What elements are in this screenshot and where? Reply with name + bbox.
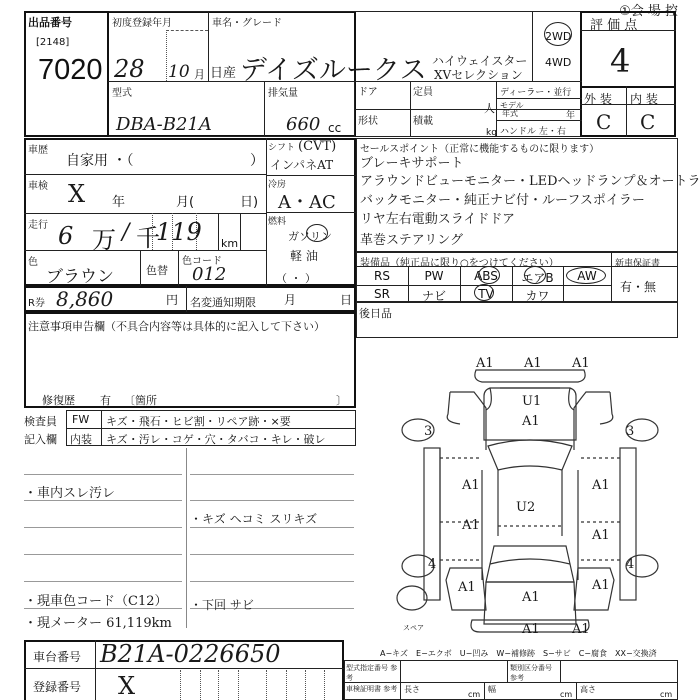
note-left-5: ・現メーター 61,119km [24,612,172,631]
inspector-interior-items: キズ・汚レ・コゲ・穴・タバコ・キレ・破レ [106,431,326,447]
inspector-interior-label: 内装 [70,431,92,447]
model-year-label-2: 年式 [502,108,518,119]
divider [305,670,306,700]
divider [200,670,201,700]
shaken-mark: X [68,180,85,208]
rule-line [190,554,354,555]
model-code-label: 型式 [112,84,132,99]
handle-label: ハンドル 左・右 [500,124,566,137]
grade-score-value: 4 [610,42,630,80]
equip-sr: SR [356,287,408,301]
fuel-diesel[interactable]: 軽 油 [290,247,318,264]
divider [496,120,582,121]
divider [101,410,102,446]
capacity-label: 定員 [413,83,433,98]
divider [180,670,181,700]
rule-line [24,474,182,475]
first-reg-month: 10 [168,62,190,82]
name-change-day: 日 [340,291,352,308]
divider [286,670,287,700]
rule-line [190,527,354,528]
divider [484,682,485,700]
divider [24,174,266,175]
divider [208,11,209,82]
height-unit: cm [660,690,672,699]
damage-legend: A−キズ E−エクボ U−凹み W−補修跡 S−サビ C−腐食 XX−交換済 [380,648,657,659]
shift-label: シフト [268,140,295,153]
divider [580,104,676,105]
divider [24,668,344,669]
divider [266,670,267,700]
shift-value-2: インパネAT [270,156,333,173]
lot-sub-number: [2148] [36,37,69,48]
divider [611,252,612,302]
mark-front-bumper-r: A1 [572,356,590,371]
mark-front-bumper-c: A1 [524,356,542,371]
equip-rs: RS [356,269,408,283]
note-right-4: ・下回 サビ [190,596,254,613]
repaint-label: 色替 [146,262,168,278]
chassis-label: 車台番号 [33,648,81,665]
mark-back-door: A1 [522,590,540,605]
history-close: ） [250,150,264,170]
mark-right-rear-quarter: A1 [592,578,610,593]
inspector-fw-items: キズ・飛石・ヒビ割・リペア跡・×要 [106,413,291,429]
equip-tv-circle [474,284,494,301]
mileage-digits: 119 [156,218,202,246]
color-code-value: 012 [192,264,226,285]
equip-aw-circle [566,267,606,284]
shape-label: 形状 [358,112,378,127]
dealer-label: ディーラー・並行 [500,85,571,98]
rule-line [190,474,354,475]
rule-line [190,581,354,582]
spare-tire [397,586,427,610]
later-items-box [356,302,678,338]
divider [108,81,582,82]
divider [218,670,219,700]
drive-4wd[interactable]: 4WD [545,56,571,69]
divider [178,250,179,286]
divider [324,670,325,700]
shaken-label: 車検 [28,177,48,192]
mark-left-rear-door: A1 [462,518,480,533]
repair-close: 〕 [336,392,347,408]
divider [576,682,577,700]
type-designation-label: 型式指定番号 参考 [346,663,400,683]
divider [218,213,219,250]
cert-label: 車検証明書 参考 [346,684,400,694]
first-reg-year: 28 [114,55,145,83]
color-label: 色 [28,253,38,268]
rule-line [24,527,182,528]
mark-rear-bumper-c: A1 [522,622,540,637]
door-label: ドア [358,83,378,98]
name-change-month: 月 [284,291,296,308]
inspector-label-2: 記入欄 [24,431,57,447]
note-right-2: ・キズ ヘコミ スリキズ [190,510,317,527]
sales-point-3: バックモニター・純正ナビ付・ルーフスポイラー [360,189,645,208]
fuel-selected-circle [306,224,328,242]
divider [532,11,533,82]
class-code-label: 類別区分番号 参考 [510,663,560,683]
divider [166,30,208,31]
mark-rear-right-tire: 4 [626,557,634,572]
divider [166,30,167,81]
car-maker: 日産 [210,62,236,81]
mark-left-front-door: A1 [462,478,480,493]
rule-line [24,554,182,555]
shift-value-1: (CVT) [298,139,336,154]
month-unit: 月 [194,66,205,82]
height-label: 高さ [580,684,596,695]
divider [152,213,153,250]
recycle-value: 8,860 [56,287,113,311]
mark-left-rear-quarter: A1 [458,580,476,595]
divider [496,81,497,137]
mileage-label: 走行 [28,216,48,231]
mark-right-rear-door: A1 [592,528,610,543]
color-value: ブラウン [46,262,114,287]
divider [24,250,266,251]
registration-label: 登録番号 [33,678,81,695]
inspector-label-1: 検査員 [24,413,57,429]
mileage-dash: / [122,220,129,245]
sales-point-5: 革巻ステアリング [360,229,463,248]
divider [186,448,187,628]
mark-hood: A1 [522,414,540,429]
divider [410,81,411,137]
chassis-value: B21A-0226650 [100,640,281,668]
later-items-label: 後日品 [359,305,392,321]
equip-pw: PW [408,269,460,283]
lot-number: 7020 [38,54,103,87]
fuel-label: 燃料 [268,214,286,227]
registration-value: X [118,672,135,700]
length-label: 長さ [404,684,420,695]
history-label: 車歴 [28,141,48,156]
mark-front-left-tire: 3 [424,424,432,439]
width-unit: cm [560,690,572,699]
km-unit: km [221,237,238,250]
cc-unit: cc [328,121,341,135]
divider [24,213,266,214]
note-left-1: ・車内スレ汚レ [24,482,115,501]
equip-abs-circle [478,266,500,284]
interior-value: C [640,110,655,134]
sales-point-4: リヤ左右電動スライドドア [360,208,515,227]
exterior-value: C [596,110,611,134]
recycle-label: R券 [28,294,45,309]
equip-airbag-circle [524,266,546,284]
history-value: 自家用 ・（ [66,150,133,170]
divider [354,109,582,110]
repair-value: 有 [100,392,111,408]
warranty-value: 有・無 [620,278,656,295]
sales-point-1: ブレーキサポート [360,152,463,171]
repair-label: 修復歴 [42,392,75,408]
divider [400,660,401,700]
rule-line [190,500,354,501]
divider [266,175,356,176]
aircon-value: A・AC [278,188,336,214]
front-bumper-shape [475,370,585,382]
divider [560,660,561,682]
capacity-unit: 人 [484,100,495,116]
divider [95,640,96,700]
divider [496,98,582,99]
divider [626,86,627,137]
divider [140,250,141,286]
mark-rear-bumper-r: A1 [572,622,590,637]
mark-hood-top: U1 [522,394,541,409]
mark-front-right-tire: 3 [626,424,634,439]
warranty-label: 新車保証書 [615,256,660,269]
name-change-label: 名変通知期限 [190,294,256,310]
width-label: 幅 [488,684,496,695]
inspector-fw-label: FW [72,413,89,426]
shaken-day-unit: 日) [240,191,258,210]
mileage-man: 6 [58,222,73,250]
divider [238,670,239,700]
car-name-label: 車名・グレード [212,14,282,29]
load-label: 積載 [413,112,433,127]
lot-label: 出品番号 [28,14,72,30]
first-reg-label: 初度登録年月 [112,14,172,29]
divider [240,213,241,250]
mark-front-bumper-l: A1 [476,356,494,371]
displacement-value: 660 [286,114,320,135]
note-left-4: ・現車色コード（C12） [24,590,168,609]
shaken-month-unit: 月( [176,191,194,210]
mark-rear-left-tire: 4 [428,557,436,572]
divider [186,286,187,312]
sales-point-2: アラウンドビューモニター・LEDヘッドランプ＆オートライト [360,170,700,189]
drive-selected-circle [544,22,572,46]
displacement-label: 排気量 [268,84,298,99]
divider [580,86,676,88]
divider [266,212,356,213]
mark-right-front-door: A1 [592,478,610,493]
length-unit: cm [468,690,480,699]
divider [264,81,265,137]
divider [507,660,508,682]
mark-roof: U2 [516,500,535,515]
yen-unit: 円 [166,291,178,308]
shaken-year-unit: 年 [112,191,125,210]
rule-line [24,581,182,582]
fuel-other: （ ・ ） [276,270,316,286]
model-code-value: DBA-B21A [116,114,212,135]
divider [580,30,676,31]
notes-label: 注意事項申告欄（不具合内容等は具体的に記入して下さい） [28,318,325,334]
repair-location: 〔箇所 [124,392,157,408]
spare-label: スペア [403,623,424,633]
